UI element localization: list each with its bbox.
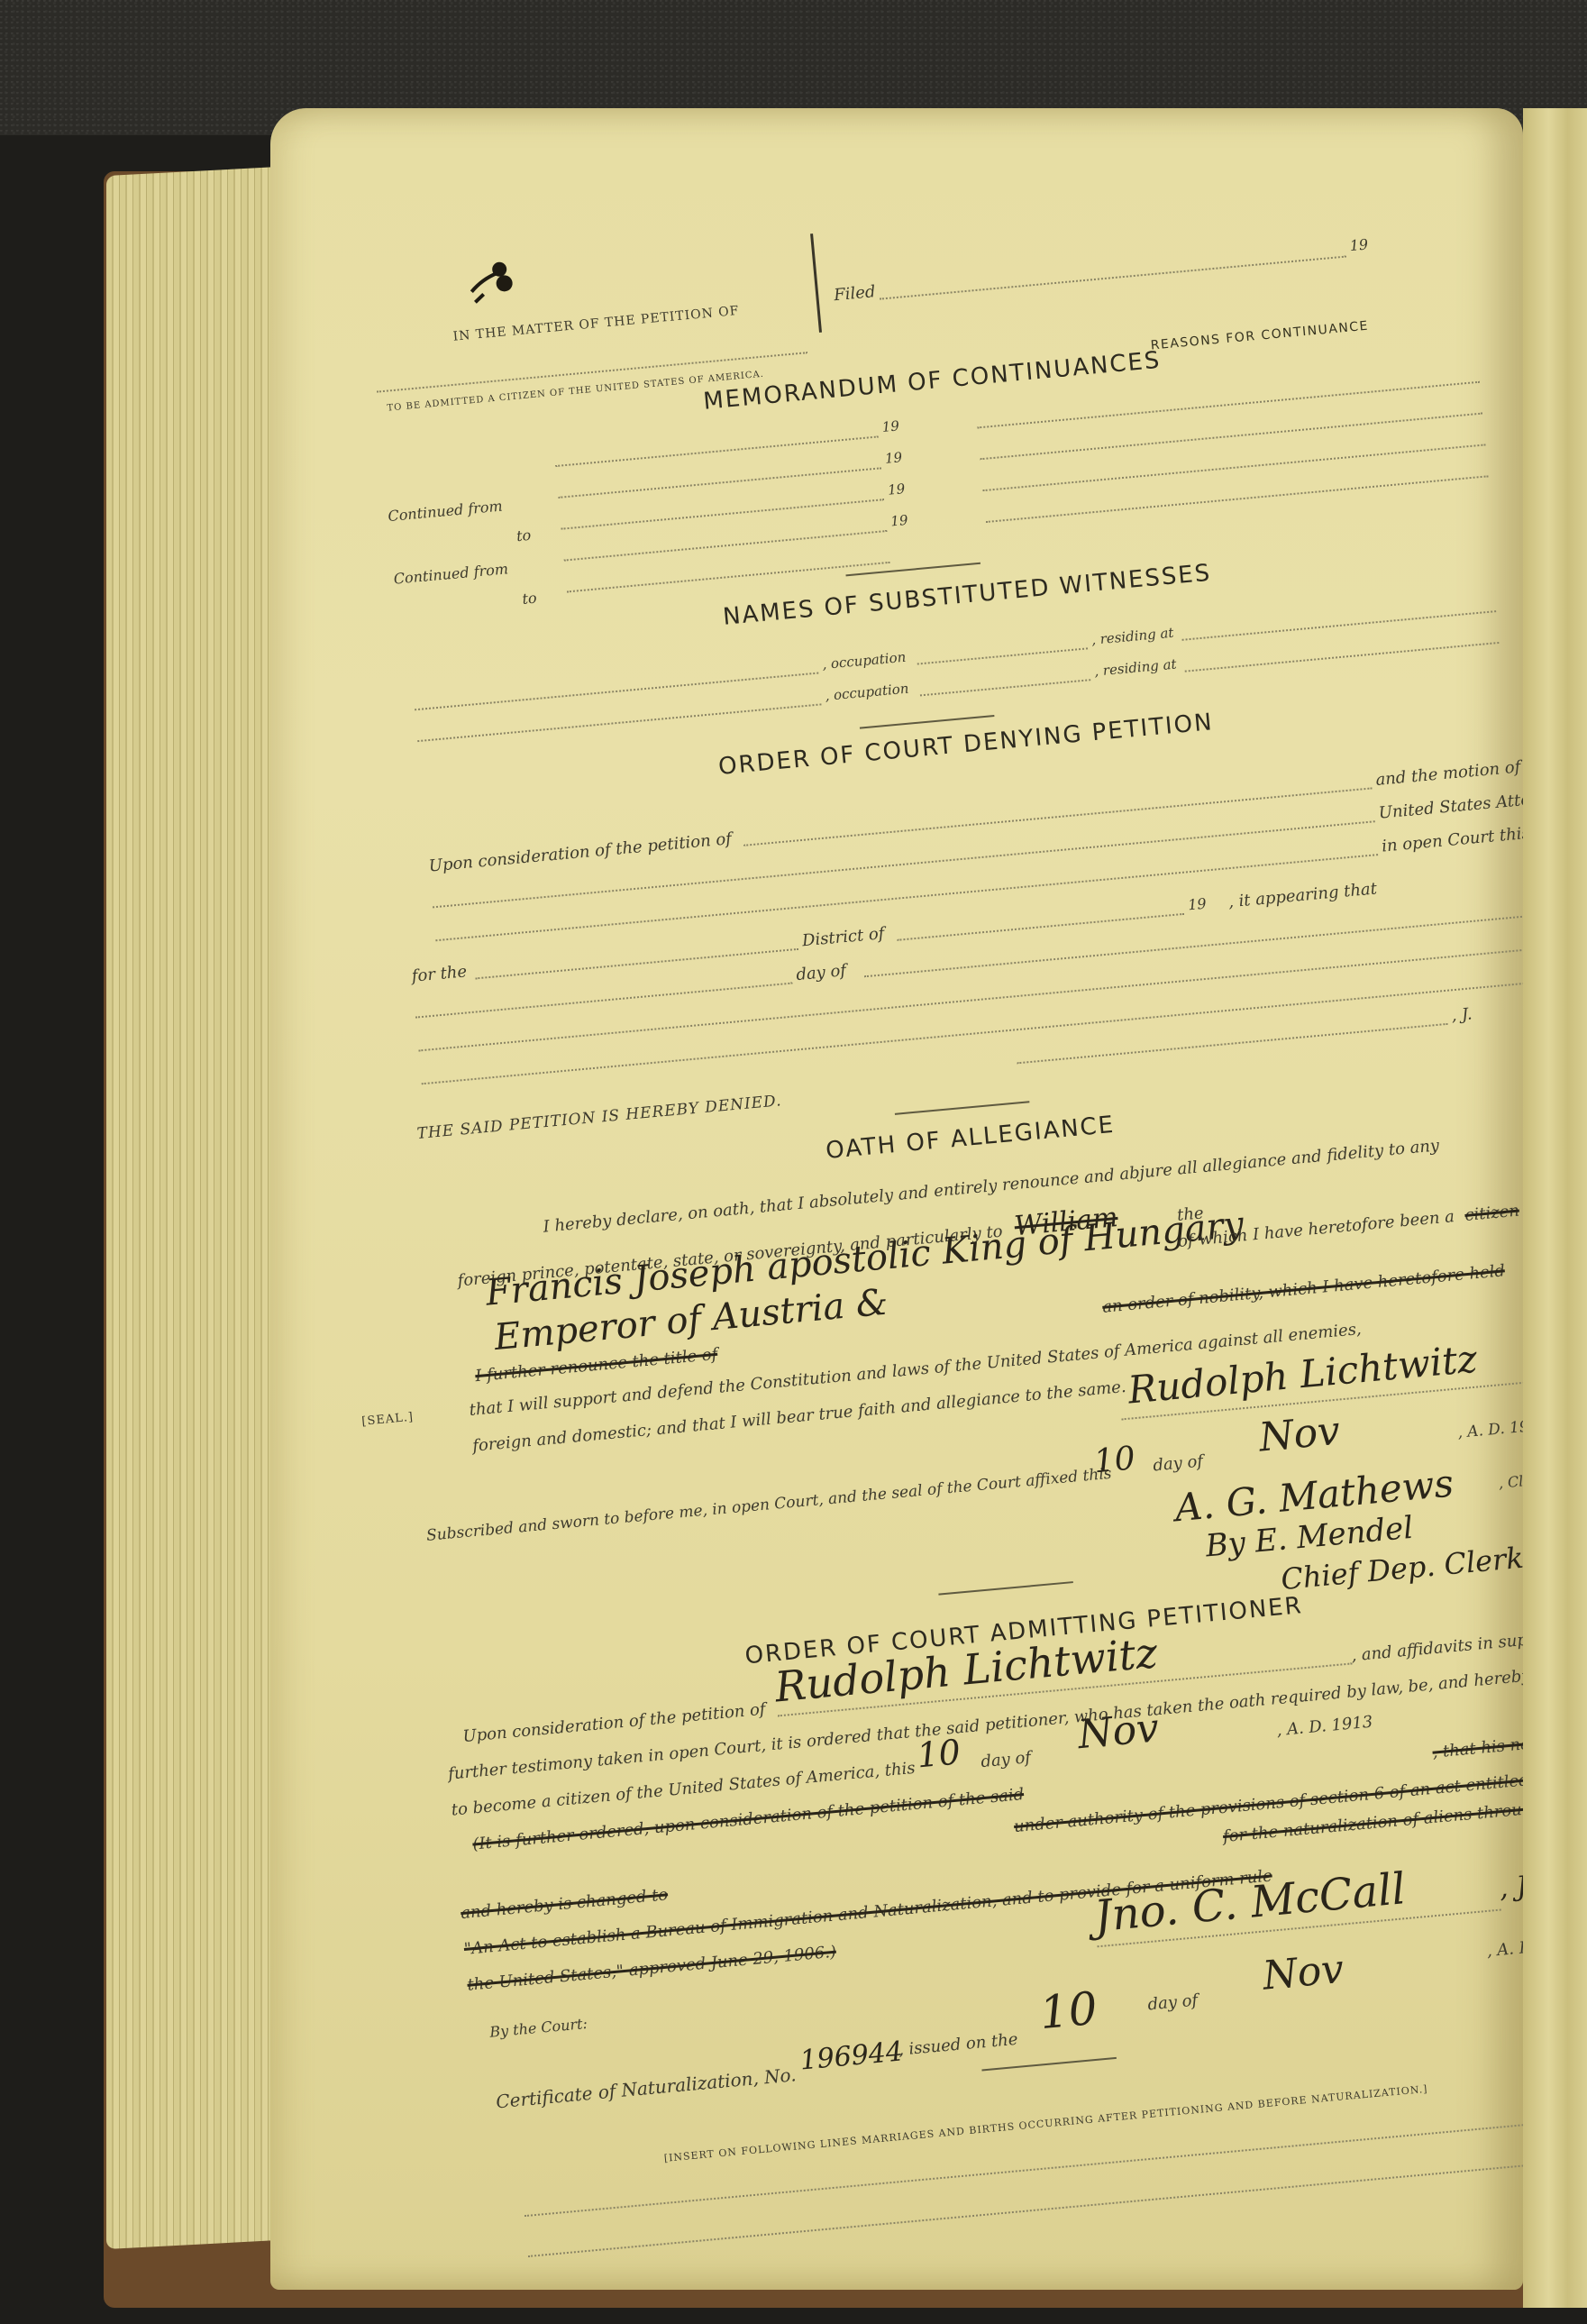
continuance-year-2: 19 [884, 449, 903, 467]
occupation-label-1: , occupation [822, 649, 907, 672]
continued-from-label-2: Continued from [393, 560, 509, 587]
denying-judge-field[interactable] [1017, 1023, 1447, 1064]
witness-residence-field-1[interactable] [1181, 610, 1496, 641]
reason-line-1[interactable] [977, 381, 1480, 429]
sworn-day: 10 [1092, 1440, 1136, 1480]
oath-title: OATH OF ALLEGIANCE [825, 1112, 1116, 1165]
by-the-court-label: By the Court: [489, 2015, 588, 2041]
continuance-year-4: 19 [890, 512, 909, 530]
denying-reason-1[interactable] [864, 915, 1523, 977]
district-field[interactable] [897, 913, 1184, 941]
admit-month: Nov [1076, 1705, 1161, 1758]
facing-pages [1523, 108, 1587, 2308]
continuance-row-4[interactable] [564, 530, 888, 562]
section-divider [981, 2057, 1117, 2072]
certificate-label: Certificate of Naturalization, No. [495, 2063, 797, 2112]
appearing-label: , it appearing that [1227, 879, 1378, 911]
continuance-year-3: 19 [887, 480, 906, 499]
admit-day-of: day of [980, 1748, 1032, 1771]
witness-occupation-field-1[interactable] [917, 647, 1088, 664]
judge-label: , J. [1451, 1004, 1473, 1025]
residing-label-1: , residing at [1090, 625, 1174, 648]
petition-denied-text: THE SAID PETITION IS HEREBY DENIED. [416, 1092, 782, 1143]
certificate-number: 196944 [798, 2036, 904, 2076]
filed-label: Filed [833, 282, 876, 305]
certificate-year: , A. D. 1913 [1486, 1934, 1523, 1962]
continued-from-label-1: Continued from [388, 498, 504, 525]
reasons-title: REASONS FOR CONTINUANCE [1150, 319, 1369, 353]
denying-reason-2[interactable] [418, 948, 1523, 1051]
petition-of-label: IN THE MATTER OF THE PETITION OF [452, 304, 740, 344]
witness-occupation-field-2[interactable] [920, 679, 1090, 696]
section-divider [860, 715, 995, 729]
section-divider [895, 1101, 1030, 1115]
seal-label: [SEAL.] [361, 1411, 415, 1429]
denying-title: ORDER OF COURT DENYING PETITION [717, 709, 1215, 781]
admit-year: , A. D. 1913 [1276, 1713, 1373, 1741]
denying-year: 19 [1187, 895, 1207, 914]
open-court-label: in open Court this [1381, 824, 1523, 856]
ledger-page: IN THE MATTER OF THE PETITION OF Filed 1… [270, 108, 1523, 2290]
sworn-label: Subscribed and sworn to before me, in op… [425, 1465, 1112, 1545]
denying-court-field[interactable] [475, 948, 798, 980]
witness-name-field-1[interactable] [415, 672, 818, 711]
struck-his-name: , that his name be [1432, 1730, 1523, 1762]
ink-blot-icon [464, 252, 523, 310]
witness-name-field-2[interactable] [417, 703, 821, 742]
struck-changed-to: and hereby is changed to [460, 1885, 669, 1923]
certificate-day-of: day of [1147, 1990, 1199, 2014]
witness-residence-field-2[interactable] [1185, 642, 1500, 672]
insert-note: [INSERT ON FOLLOWING LINES MARRIAGES AND… [663, 2083, 1428, 2164]
continuance-year-1: 19 [881, 417, 900, 435]
denying-day-field[interactable] [415, 983, 792, 1019]
motion-label: and the motion of [1375, 757, 1522, 790]
to-label-1: to [515, 526, 532, 544]
for-the-label: for the [411, 962, 468, 985]
judge-title: , Judge. [1498, 1863, 1523, 1904]
continuances-title: MEMORANDUM OF CONTINUANCES [702, 347, 1162, 416]
clerk-label: , Clerk. [1498, 1469, 1523, 1491]
occupation-label-2: , occupation [825, 681, 909, 704]
sworn-month: Nov [1257, 1408, 1342, 1461]
denying-petitioner-field[interactable] [743, 787, 1372, 846]
form-content: IN THE MATTER OF THE PETITION OF Filed 1… [309, 135, 1523, 2290]
denying-consideration-label: Upon consideration of the petition of [428, 829, 733, 875]
admit-day: 10 [916, 1732, 962, 1775]
sworn-year: , A. D. 1913 [1457, 1416, 1523, 1442]
district-label: District of [801, 924, 885, 950]
residing-label-2: , residing at [1094, 656, 1178, 680]
continuance-row-1[interactable] [555, 435, 879, 467]
struck-nobility: an order of nobility, which I have heret… [1101, 1261, 1505, 1317]
section-divider [938, 1581, 1073, 1596]
marriage-birth-line-2[interactable] [528, 2153, 1523, 2257]
us-attorney-label: United States Attorney [1378, 787, 1523, 823]
denying-reason-3[interactable] [422, 982, 1523, 1084]
day-of-label: day of [796, 961, 847, 984]
to-label-2: to [522, 590, 538, 608]
certificate-month: Nov [1261, 1946, 1345, 1999]
sworn-day-of: day of [1153, 1451, 1204, 1475]
continuance-row-5[interactable] [567, 562, 890, 593]
struck-citizen: citizen [1464, 1202, 1520, 1225]
continuance-row-3[interactable] [561, 499, 885, 530]
certificate-day: 10 [1037, 1982, 1099, 2040]
filed-field[interactable] [880, 256, 1346, 300]
issued-label: , issued on the [898, 2030, 1018, 2060]
filed-year: 19 [1349, 235, 1369, 254]
affidavits-label: , and affidavits in support thereof, and [1351, 1618, 1523, 1666]
header-bracket [810, 233, 825, 333]
continuance-row-2[interactable] [558, 467, 881, 499]
